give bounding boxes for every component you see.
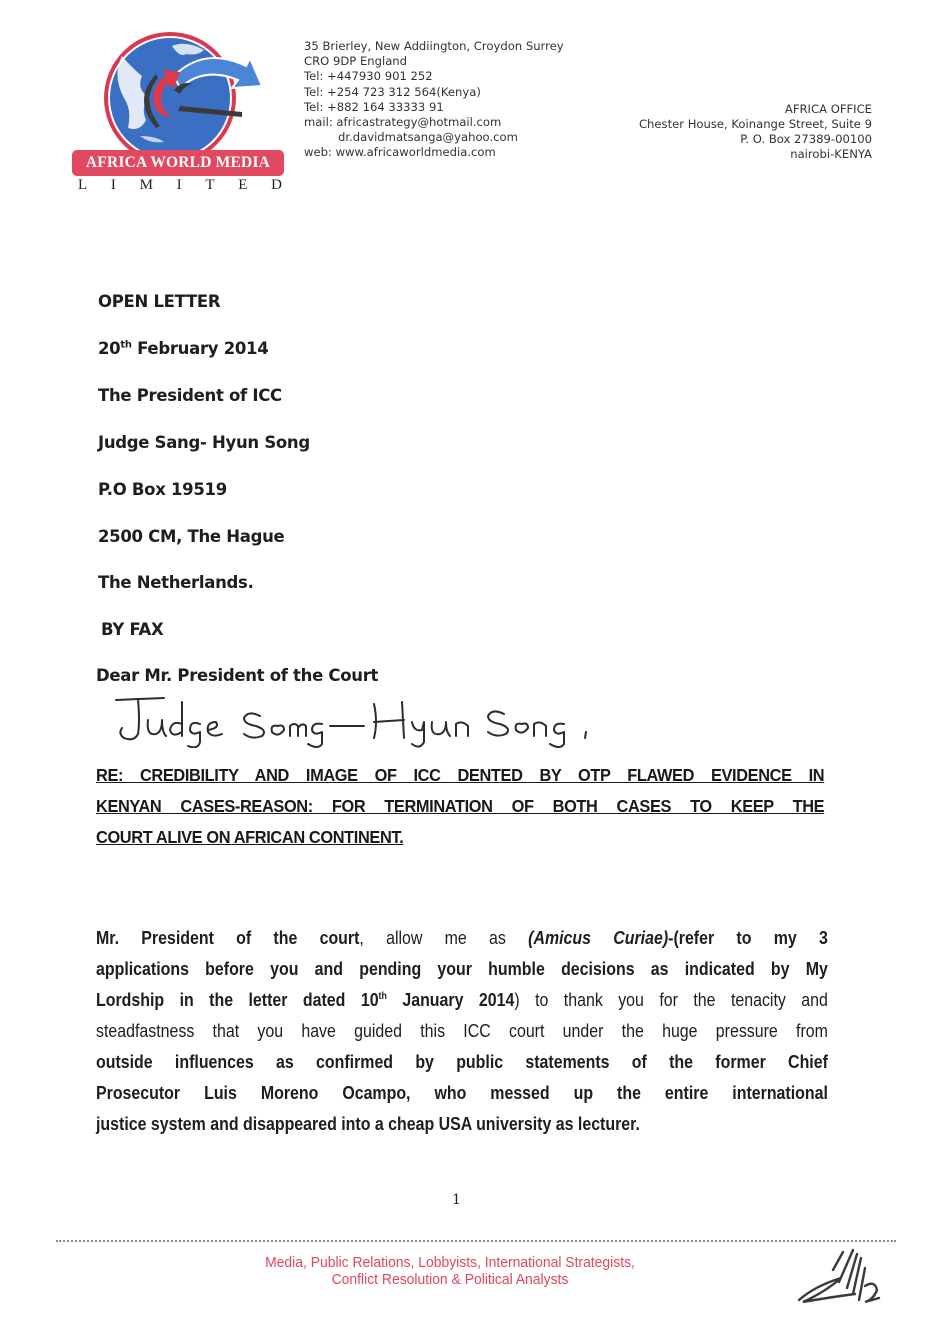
office-line: nairobi-KENYA [639,147,872,162]
footer-tagline: Media, Public Relations, Lobbyists, Inte… [200,1255,699,1288]
subject-line: RE: CREDIBILITY AND IMAGE OF ICC DENTED … [96,760,824,853]
office-line: P. O. Box 27389-00100 [639,132,872,147]
email-line: mail: africastrategy@hotmail.com [304,115,564,130]
logo-letter: M [140,177,153,194]
date-rest: February 2014 [132,339,269,358]
phone-line: Tel: +882 164 33333 91 [304,100,564,115]
delivery-method: BY FAX [101,620,163,639]
body-line: Prosecutor Luis Moreno Ocampo, who messe… [96,1078,828,1109]
email-line-secondary: dr.davidmatsanga@yahoo.com [304,130,564,145]
office-line: Chester House, Koinange Street, Suite 9 [639,117,872,132]
recipient-name: Judge Sang- Hyun Song [98,433,310,452]
phone-line: Tel: +254 723 312 564(Kenya) [304,85,564,100]
globe-arrow-logo-icon [62,26,292,156]
body-line: applications before you and pending your… [96,954,828,985]
recipient-po-box: P.O Box 19519 [98,480,227,499]
logo-letter: T [205,177,214,194]
company-logo: AFRICA WORLD MEDIA L I M I T E D [62,26,292,196]
logo-letter: I [111,177,116,194]
letter-date: 20th February 2014 [98,339,268,358]
logo-company-name: AFRICA WORLD MEDIA [72,150,284,176]
subject-line-3: COURT ALIVE ON AFRICAN CONTINENT. [96,822,824,853]
logo-letter: I [177,177,182,194]
recipient-country: The Netherlands. [98,573,254,592]
body-line: outside influences as confirmed by publi… [96,1047,828,1078]
page-number: 1 [452,1192,461,1208]
body-line: Mr. President of the court, allow me as … [96,923,828,954]
logo-letter: L [78,177,87,194]
handwritten-recipient-note [112,692,672,748]
handwritten-signature-icon [795,1242,895,1312]
office-heading: AFRICA OFFICE [639,102,872,117]
body-line: justice system and disappeared into a ch… [96,1109,828,1140]
logo-limited-text: L I M I T E D [78,177,282,194]
salutation: Dear Mr. President of the Court [96,666,378,685]
address-line: CRO 9DP England [304,54,564,69]
web-line: web: www.africaworldmedia.com [304,145,564,160]
date-suffix: th [120,340,131,351]
uk-address-block: 35 Brierley, New Addiington, Croydon Sur… [304,39,564,161]
subject-line-2: KENYAN CASES-REASON: FOR TERMINATION OF … [96,791,824,822]
address-line: 35 Brierley, New Addiington, Croydon Sur… [304,39,564,54]
footer-line: Conflict Resolution & Political Analysts [200,1272,699,1289]
date-day: 20 [98,339,120,358]
footer-divider [56,1240,896,1242]
logo-letter: E [238,177,247,194]
body-paragraph: Mr. President of the court, allow me as … [96,923,828,1140]
footer-line: Media, Public Relations, Lobbyists, Inte… [200,1255,699,1272]
body-line: Lordship in the letter dated 10th Januar… [96,985,828,1016]
africa-office-block: AFRICA OFFICE Chester House, Koinange St… [639,102,872,162]
body-line: steadfastness that you have guided this … [96,1016,828,1047]
logo-letter: D [271,177,282,194]
recipient-city: 2500 CM, The Hague [98,527,284,546]
phone-line: Tel: +447930 901 252 [304,69,564,84]
subject-line-1: RE: CREDIBILITY AND IMAGE OF ICC DENTED … [96,760,824,791]
recipient-title: The President of ICC [98,386,282,405]
letter-type: OPEN LETTER [98,292,220,311]
